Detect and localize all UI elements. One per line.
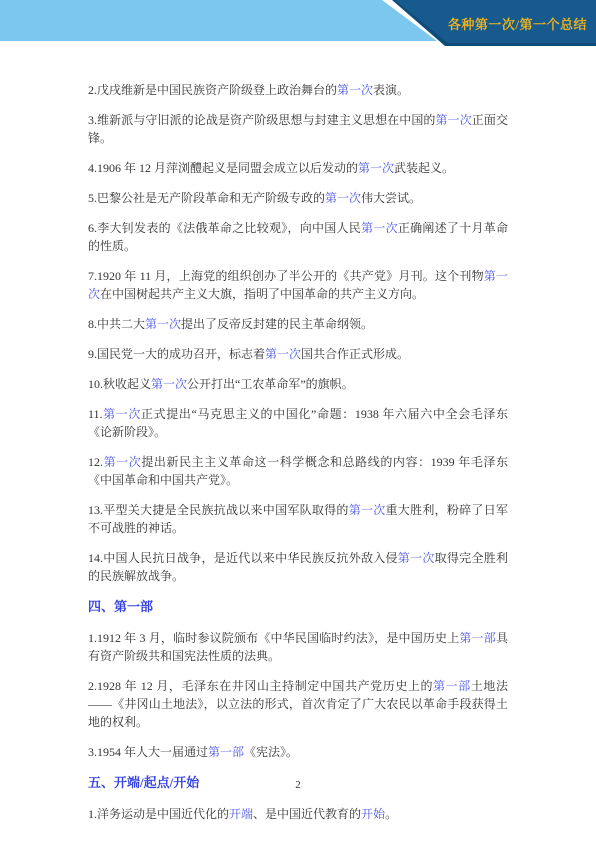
paragraph: 14.中国人民抗日战争，是近代以来中华民族反抗外敌入侵第一次取得完全胜利的民族解… [88, 549, 508, 585]
text-run: 正式提出“马克思主义的中国化”命题：1938 年六届六中全会毛泽东《论新阶段》。 [88, 407, 508, 439]
highlight-term: 第一次 [361, 221, 398, 235]
page-footer: 2 [0, 779, 596, 791]
paragraph: 8.中共二大第一次提出了反帝反封建的民主革命纲领。 [88, 315, 508, 333]
text-run: 《宪法》。 [244, 745, 298, 759]
highlight-term: 第一次 [103, 407, 141, 421]
text-run: 2.戊戌维新是中国民族资产阶级登上政治舞台的 [88, 83, 337, 97]
document-body: 2.戊戌维新是中国民族资产阶级登上政治舞台的第一次表演。3.维新派与守旧派的论战… [88, 81, 508, 835]
text-run: 提出新民主主义革命这一科学概念和总路线的内容：1939 年毛泽东《中国革命和中国… [88, 455, 508, 487]
paragraph: 1.洋务运动是中国近代化的开端、是中国近代教育的开始。 [88, 805, 508, 823]
text-run: 8.中共二大 [88, 317, 145, 331]
highlight-term: 第一次 [265, 347, 301, 361]
paragraph: 2.1928 年 12 月，毛泽东在井冈山主持制定中国共产党历史上的第一部土地法… [88, 677, 508, 731]
text-run: 提出了反帝反封建的民主革命纲领。 [181, 317, 373, 331]
highlight-term: 第一次 [145, 317, 181, 331]
text-run: 武装起义。 [394, 161, 454, 175]
paragraph: 13.平型关大捷是全民族抗战以来中国军队取得的第一次重大胜利，粉碎了日军不可战胜… [88, 501, 508, 537]
text-run: 5.巴黎公社是无产阶段革命和无产阶级专政的 [88, 191, 325, 205]
text-run: 12. [88, 455, 103, 469]
text-run: 11. [88, 407, 103, 421]
highlight-term: 第一次 [349, 503, 386, 517]
paragraph: 1.1912 年 3 月，临时参议院颁布《中华民国临时约法》，是中国历史上第一部… [88, 629, 508, 665]
highlight-term: 第一部 [208, 745, 244, 759]
text-run: 公开打出“工农革命军”的旗帜。 [187, 377, 354, 391]
paragraph: 2.戊戌维新是中国民族资产阶级登上政治舞台的第一次表演。 [88, 81, 508, 99]
text-run: 9.国民党一大的成功召开，标志着 [88, 347, 265, 361]
paragraph: 9.国民党一大的成功召开，标志着第一次国共合作正式形成。 [88, 345, 508, 363]
highlight-term: 第一次 [103, 455, 141, 469]
text-run: 3.维新派与守旧派的论战是资产阶级思想与封建主义思想在中国的 [88, 113, 436, 127]
text-run: 伟大尝试。 [361, 191, 421, 205]
paragraph: 3.维新派与守旧派的论战是资产阶级思想与封建主义思想在中国的第一次正面交锋。 [88, 111, 508, 147]
paragraph: 5.巴黎公社是无产阶段革命和无产阶级专政的第一次伟大尝试。 [88, 189, 508, 207]
text-run: 4.1906 年 12 月萍浏醴起义是同盟会成立以后发动的 [88, 161, 358, 175]
document-page: 各种第一次/第一个总结 2.戊戌维新是中国民族资产阶级登上政治舞台的第一次表演。… [0, 0, 596, 842]
paragraph: 11.第一次正式提出“马克思主义的中国化”命题：1938 年六届六中全会毛泽东《… [88, 405, 508, 441]
paragraph: 7.1920 年 11 月，上海党的组织创办了半公开的《共产党》月刊。这个刊物第… [88, 267, 508, 303]
paragraph: 3.1954 年人大一届通过第一部《宪法》。 [88, 743, 508, 761]
highlight-term: 第一部 [459, 631, 496, 645]
highlight-term: 开端 [229, 807, 253, 821]
text-run: 14.中国人民抗日战争，是近代以来中华民族反抗外敌入侵 [88, 551, 398, 565]
paragraph: 6.李大钊发表的《法俄革命之比较观》，向中国人民第一次正确阐述了十月革命的性质。 [88, 219, 508, 255]
text-run: 1.1912 年 3 月，临时参议院颁布《中华民国临时约法》，是中国历史上 [88, 631, 459, 645]
highlight-term: 第一次 [436, 113, 472, 127]
text-run: 表演。 [373, 83, 409, 97]
highlight-term: 第一次 [151, 377, 187, 391]
page-number: 2 [295, 779, 301, 791]
text-run: 10.秋收起义 [88, 377, 151, 391]
text-run: 2.1928 年 12 月，毛泽东在井冈山主持制定中国共产党历史上的 [88, 679, 433, 693]
text-run: 7.1920 年 11 月，上海党的组织创办了半公开的《共产党》月刊。这个刊物 [88, 269, 484, 283]
text-run: 13.平型关大捷是全民族抗战以来中国军队取得的 [88, 503, 349, 517]
paragraph: 10.秋收起义第一次公开打出“工农革命军”的旗帜。 [88, 375, 508, 393]
text-run: 。 [385, 807, 397, 821]
text-run: 1.洋务运动是中国近代化的 [88, 807, 229, 821]
banner-title: 各种第一次/第一个总结 [448, 14, 587, 33]
highlight-term: 第一部 [433, 679, 471, 693]
page-header: 各种第一次/第一个总结 [0, 0, 596, 48]
paragraph: 12.第一次提出新民主主义革命这一科学概念和总路线的内容：1939 年毛泽东《中… [88, 453, 508, 489]
highlight-term: 第一次 [337, 83, 373, 97]
text-run: 国共合作正式形成。 [301, 347, 409, 361]
text-run: 3.1954 年人大一届通过 [88, 745, 208, 759]
highlight-term: 第一次 [358, 161, 394, 175]
highlight-term: 第一次 [398, 551, 435, 565]
text-run: 在中国树起共产主义大旗，指明了中国革命的共产主义方向。 [100, 287, 424, 301]
highlight-term: 第一次 [325, 191, 361, 205]
section-heading: 四、第一部 [88, 597, 508, 617]
text-run: 6.李大钊发表的《法俄革命之比较观》，向中国人民 [88, 221, 361, 235]
text-run: 、是中国近代教育的 [253, 807, 361, 821]
paragraph: 4.1906 年 12 月萍浏醴起义是同盟会成立以后发动的第一次武装起义。 [88, 159, 508, 177]
highlight-term: 开始 [361, 807, 385, 821]
